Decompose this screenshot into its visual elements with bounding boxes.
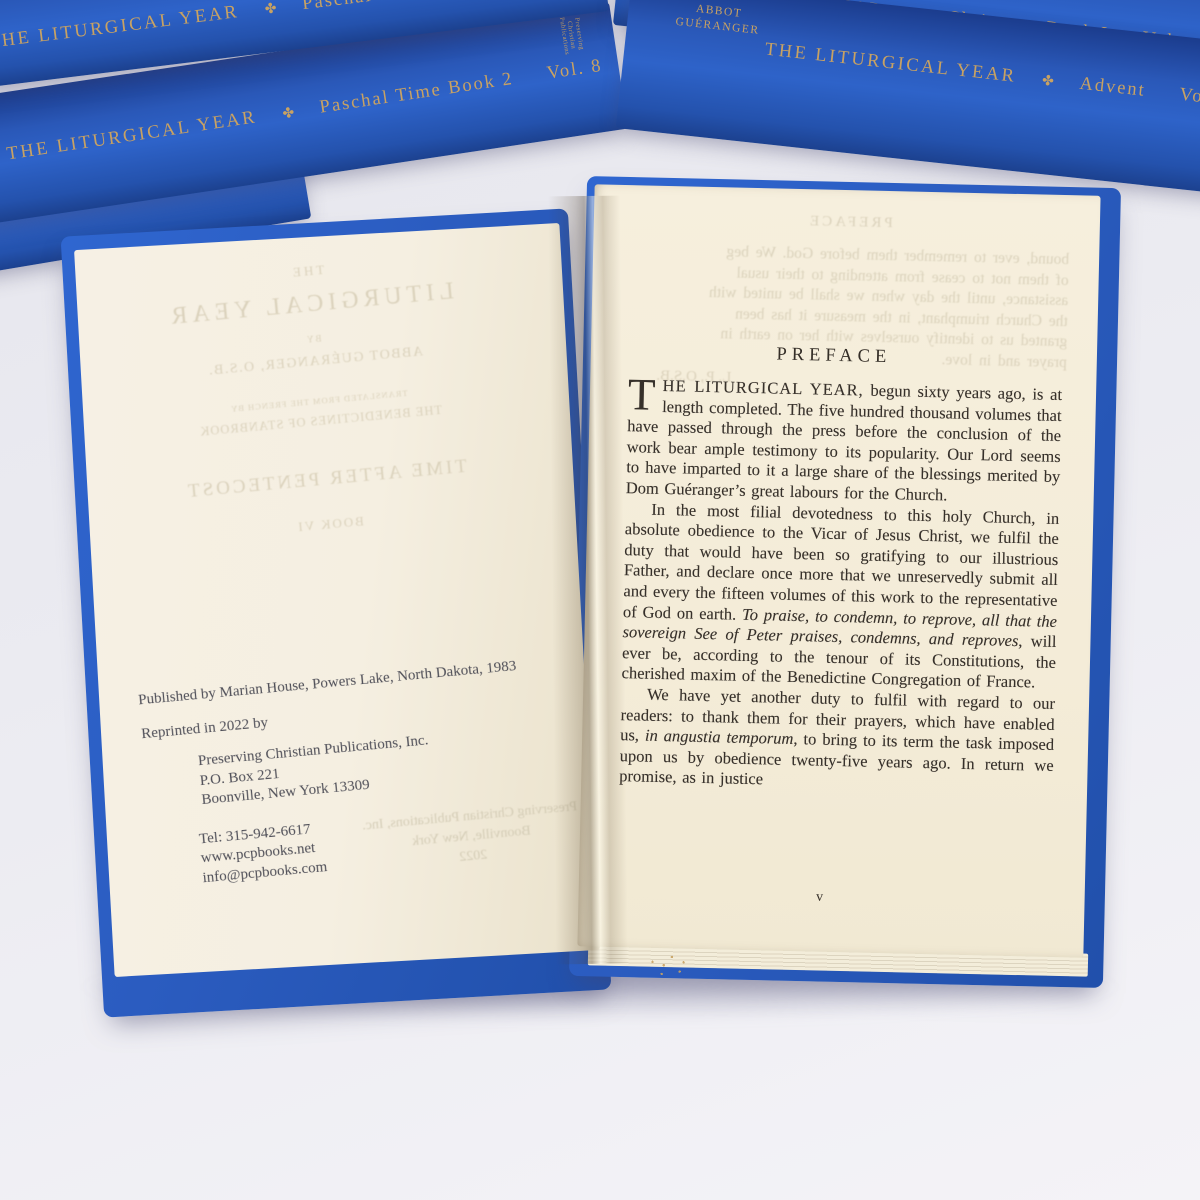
- ghost-line: BOOK VI: [117, 497, 543, 552]
- left-page: THE LITURGICAL YEAR BY ABBOT GUÉRANGER, …: [74, 223, 600, 977]
- spine-volume: Vol. I: [1178, 85, 1200, 111]
- preface-body: THE LITURGICAL YEAR, begun sixty years a…: [619, 375, 1062, 797]
- cross-ornament-icon: ✤: [264, 0, 278, 17]
- preface-paragraph-3: We have yet another duty to fulfil with …: [619, 684, 1055, 797]
- spine-text-row: THE LITURGICAL YEAR✤Paschal: [0, 0, 374, 54]
- spine-subtitle: Paschal Time Book 2: [318, 69, 515, 118]
- photo-scene: { "colors":{ "cover_blue":"#2b5fc4","cov…: [0, 0, 1200, 1200]
- spine-subtitle: Advent: [1079, 74, 1147, 101]
- drop-cap: T: [628, 375, 663, 413]
- lead-capitals: HE LITURGICAL YEAR,: [662, 376, 864, 400]
- left-page-content: THE LITURGICAL YEAR BY ABBOT GUÉRANGER, …: [62, 215, 612, 984]
- ghost-title-page-showthrough: THE LITURGICAL YEAR BY ABBOT GUÉRANGER, …: [94, 244, 543, 551]
- background-book-spine-right-2: ABBOT GUÉRANGER THE LITURGICAL YEAR✤Adve…: [616, 0, 1200, 199]
- page-number: v: [578, 884, 1060, 911]
- cross-ornament-icon: ✤: [281, 105, 295, 123]
- spine-title: THE LITURGICAL YEAR: [0, 2, 240, 53]
- ghost-line: TIME AFTER PENTECOST: [113, 449, 539, 510]
- spine-title: THE LITURGICAL YEAR: [5, 107, 258, 164]
- preface-paragraph-2: In the most filial devotedness to this h…: [621, 499, 1059, 694]
- paragraph-text: begun sixty years ago, is at length comp…: [626, 381, 1063, 505]
- spine-subtitle: Paschal: [301, 0, 373, 14]
- right-page: PREFACE bound, ever to remember them bef…: [577, 184, 1100, 957]
- spine-title: THE LITURGICAL YEAR: [764, 40, 1017, 87]
- spine-author: ABBOT GUÉRANGER: [675, 0, 762, 39]
- right-page-content: PREFACE bound, ever to remember them bef…: [577, 184, 1100, 957]
- cross-ornament-icon: ✤: [1041, 73, 1054, 90]
- spine-text-row: THE LITURGICAL YEAR✤AdventVol. I: [764, 40, 1200, 112]
- preface-paragraph-1: THE LITURGICAL YEAR, begun sixty years a…: [626, 375, 1063, 508]
- ghost-heading: PREFACE: [630, 209, 1070, 236]
